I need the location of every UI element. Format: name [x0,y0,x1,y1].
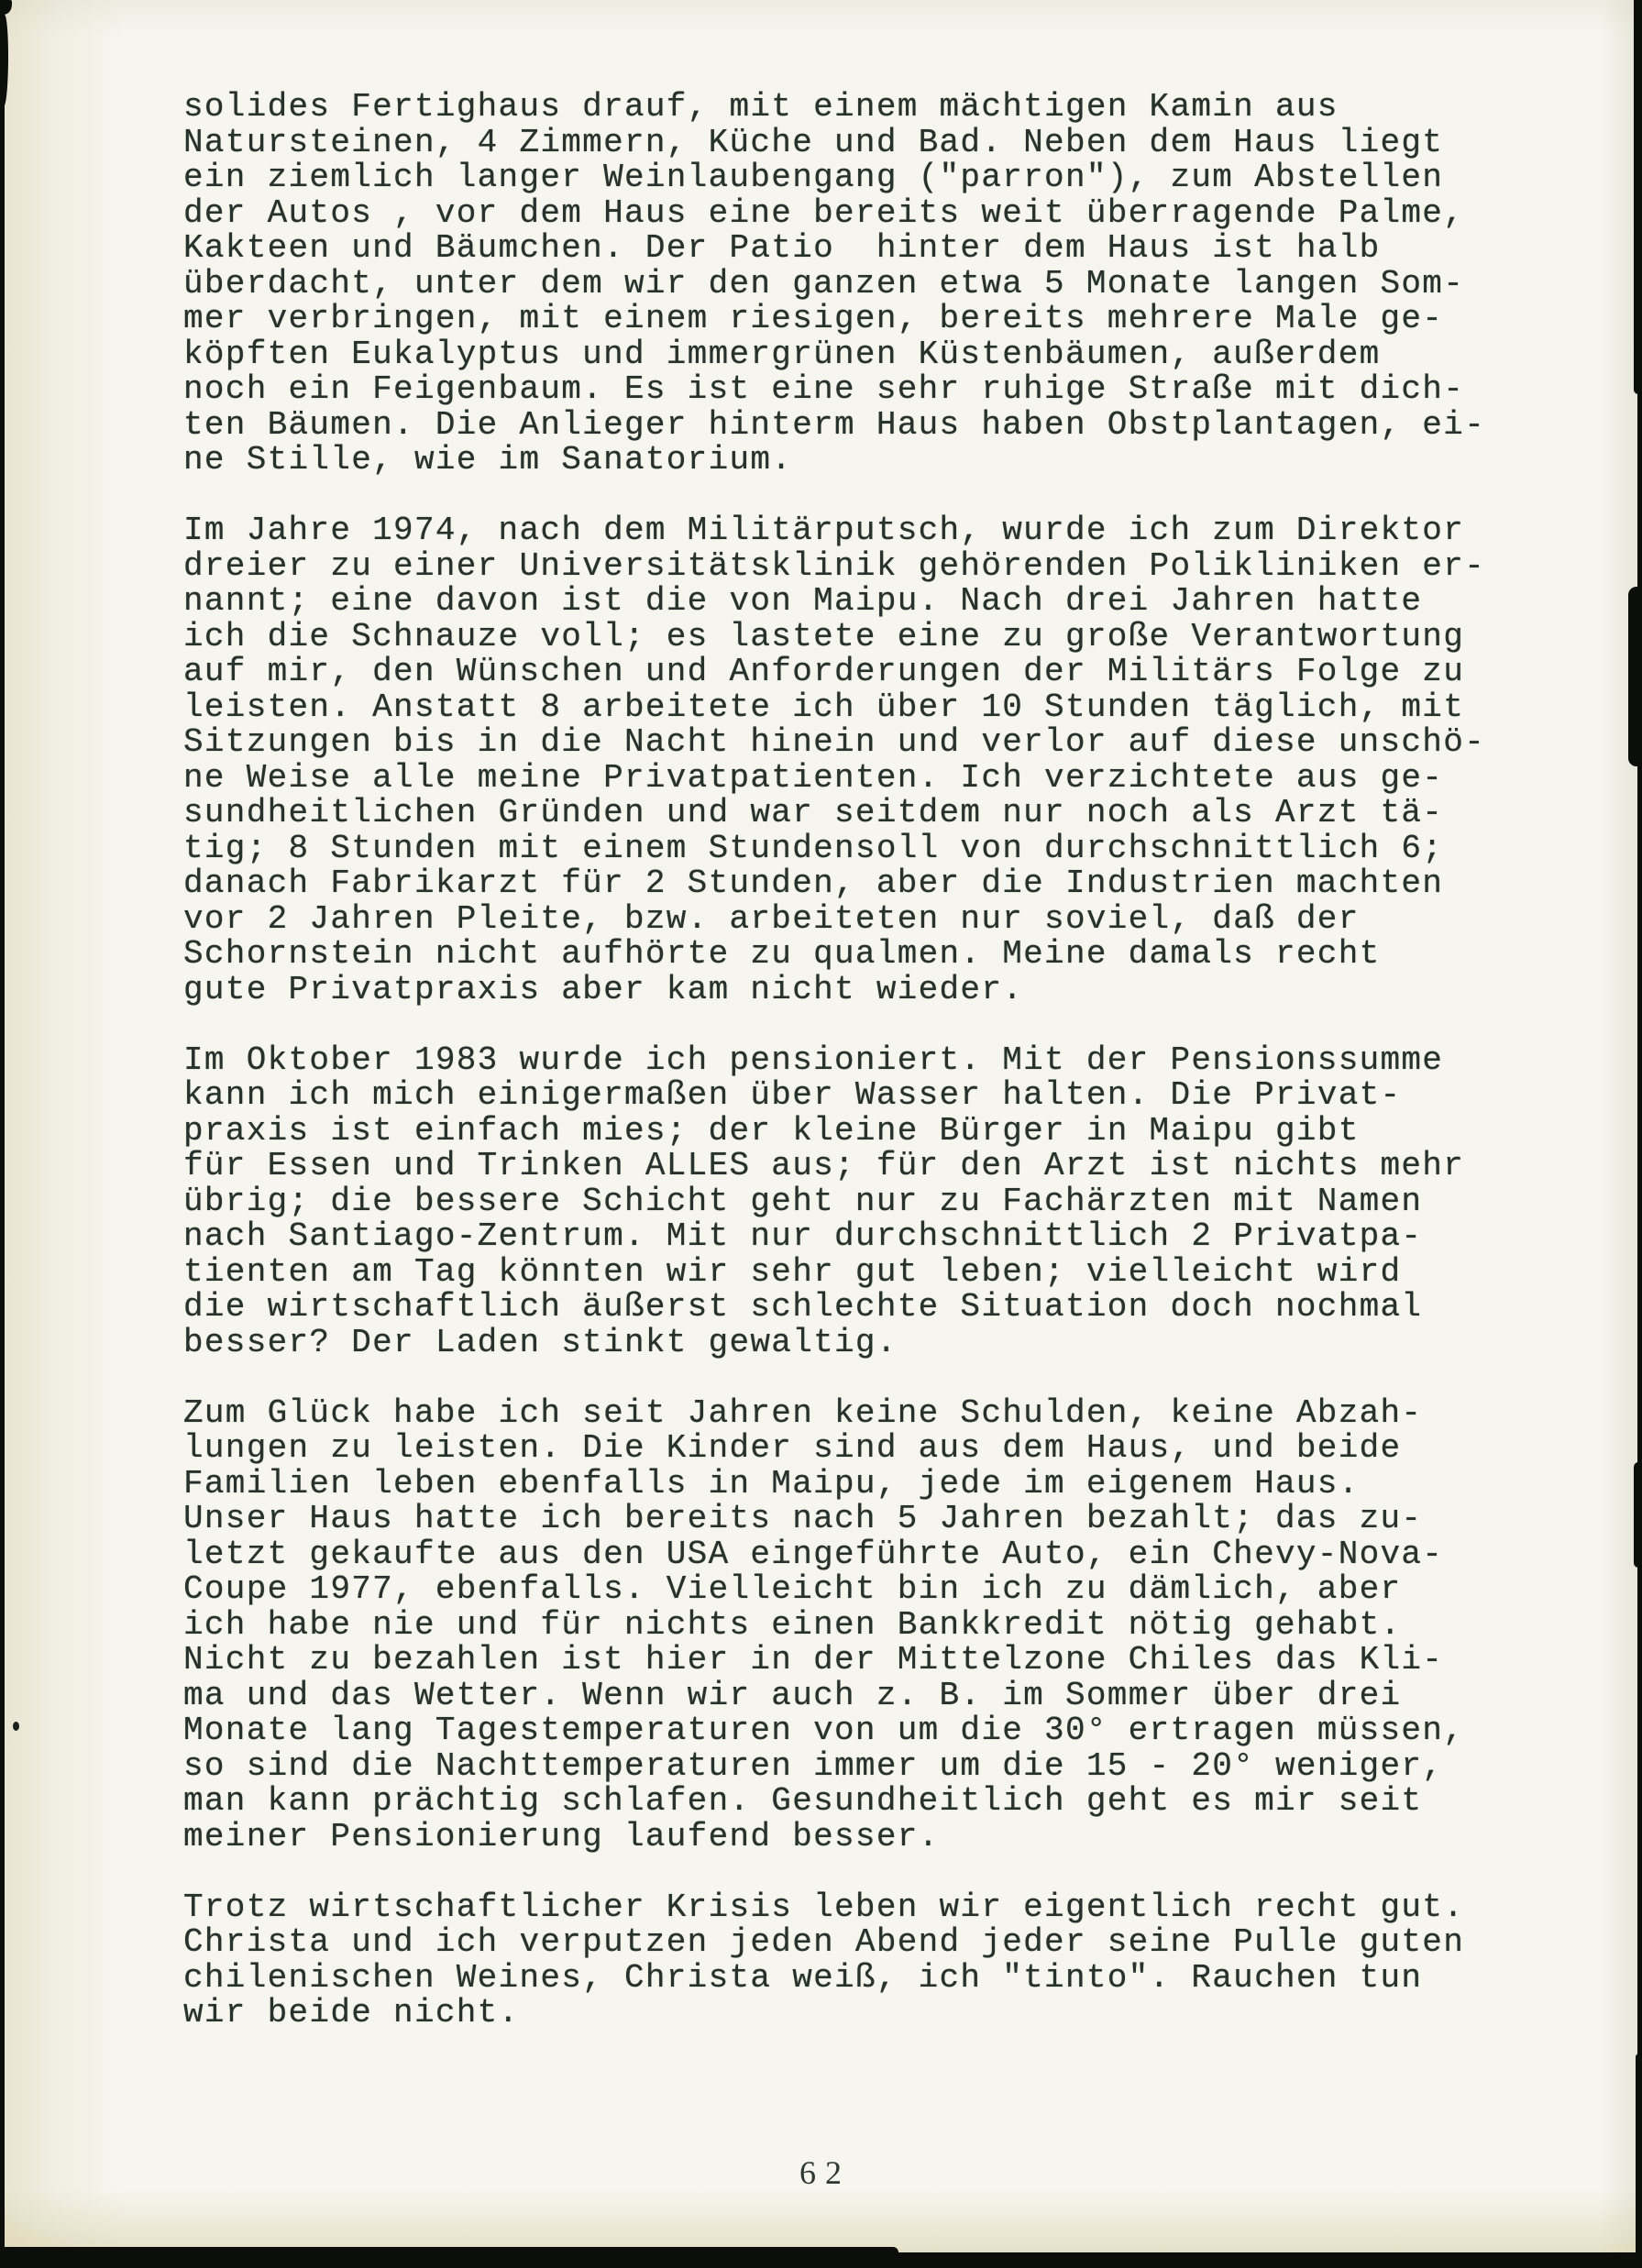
paragraph-1983-pension: Im Oktober 1983 wurde ich pensioniert. M… [183,1043,1540,1361]
page-shading-top [0,0,1642,37]
scan-artifact-right-blob-1 [1634,0,1642,394]
scan-artifact-left-edge [0,96,5,2268]
page-number: 62 [799,2156,851,2189]
paragraph-crisis-wine: Trotz wirtschaftlicher Krisis leben wir … [183,1890,1540,2031]
scan-artifact-left-edge-top [0,15,8,106]
typewritten-text-block: solides Fertighaus drauf, mit einem mäch… [183,90,1540,2031]
page-curl-shading-left [0,0,124,2268]
paragraph-1974-director: Im Jahre 1974, nach dem Militärputsch, w… [183,513,1540,1007]
scan-artifact-bottom-bar [0,2252,1642,2268]
scan-artifact-speck [13,1722,19,1731]
paragraph-no-debts: Zum Glück habe ich seit Jahren keine Sch… [183,1396,1540,1855]
scan-artifact-right-blob-2 [1628,587,1642,766]
scan-artifact-right-blob-3 [1634,1462,1642,1568]
scanned-document-page: solides Fertighaus drauf, mit einem mäch… [0,0,1642,2268]
page-shading-bottom [0,2189,1642,2253]
scan-artifact-top-left-corner [0,0,12,15]
scan-artifact-right-blob-4 [1636,2053,1642,2268]
paragraph-house-description: solides Fertighaus drauf, mit einem mäch… [183,90,1540,479]
